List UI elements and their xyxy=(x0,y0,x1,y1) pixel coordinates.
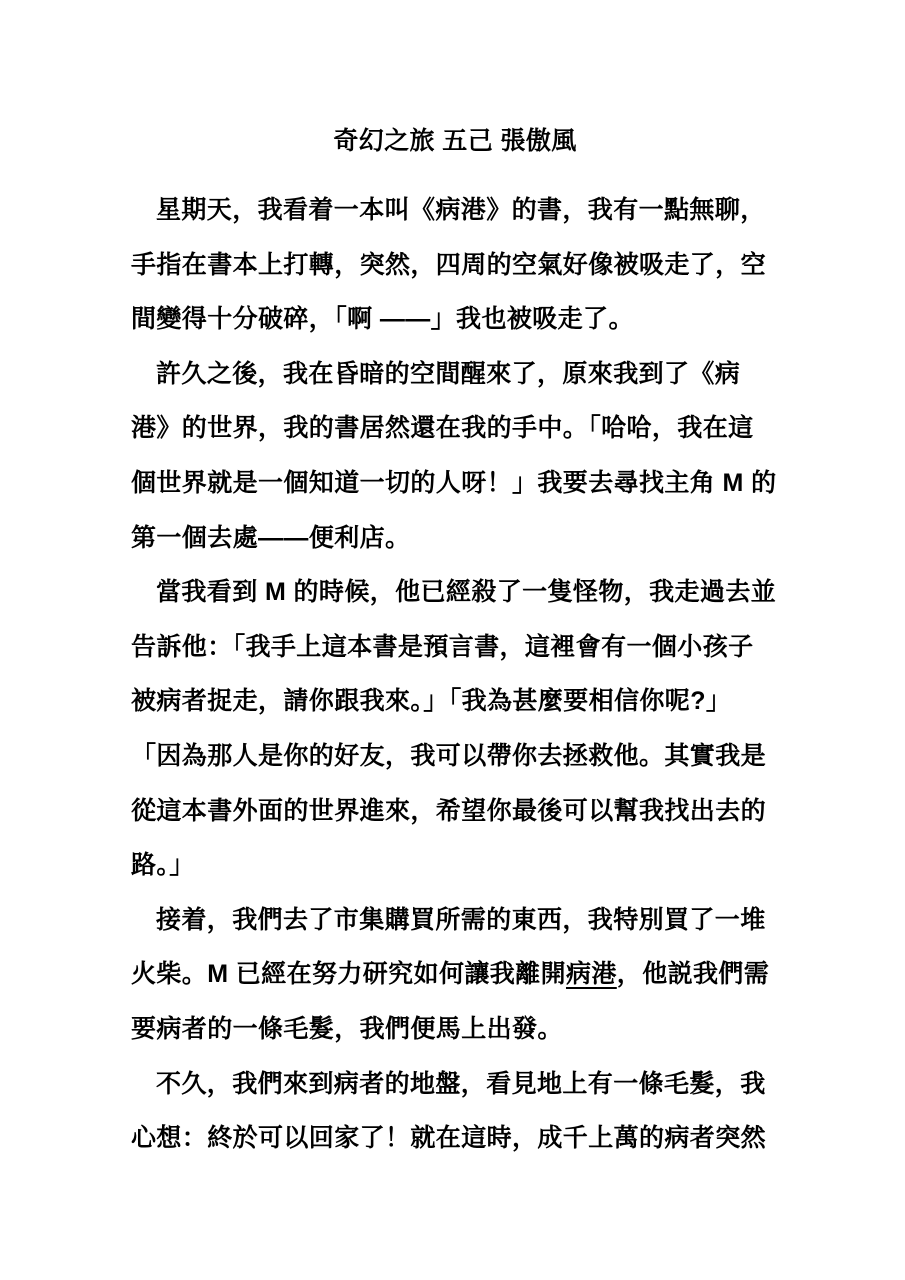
text-line: 個世界就是一個知道一切的人呀！」我要去尋找主角 M 的 xyxy=(131,456,779,511)
text-line: 心想：終於可以回家了！就在這時，成千上萬的病者突然 xyxy=(131,1111,779,1166)
text-line: 當我看到 M 的時候，他已經殺了一隻怪物，我走過去並 xyxy=(131,565,779,620)
text-line: 火柴。M 已經在努力研究如何讓我離開病港，他説我們需 xyxy=(131,947,779,1002)
paragraph-1: 星期天，我看着一本叫《病港》的書，我有一點無聊， 手指在書本上打轉，突然，四周的… xyxy=(131,183,779,347)
text-line: 接着，我們去了市集購買所需的東西，我特別買了一堆 xyxy=(131,893,779,948)
text-line: 從這本書外面的世界進來，希望你最後可以幫我找出去的 xyxy=(131,784,779,839)
paragraph-2: 許久之後，我在昏暗的空間醒來了，原來我到了《病 港》的世界，我的書居然還在我的手… xyxy=(131,347,779,565)
text-line: 告訴他：「我手上這本書是預言書，這裡會有一個小孩子 xyxy=(131,620,779,675)
text-segment: ，他説我們需 xyxy=(617,960,769,988)
text-line: 路。」 xyxy=(131,838,779,893)
text-line: 許久之後，我在昏暗的空間醒來了，原來我到了《病 xyxy=(131,347,779,402)
text-line: 不久，我們來到病者的地盤，看見地上有一條毛髮，我 xyxy=(131,1057,779,1112)
underlined-term: 病港 xyxy=(566,960,617,988)
text-line: 第一個去處——便利店。 xyxy=(131,511,779,566)
text-segment: 火柴。M 已經在努力研究如何讓我離開 xyxy=(131,960,566,988)
document-page: 奇幻之旅 五己 張傲風 星期天，我看着一本叫《病港》的書，我有一點無聊， 手指在… xyxy=(0,0,905,1280)
document-content: 奇幻之旅 五己 張傲風 星期天，我看着一本叫《病港》的書，我有一點無聊， 手指在… xyxy=(131,114,779,1166)
text-line: 要病者的一條毛髮，我們便馬上出發。 xyxy=(131,1002,779,1057)
text-line: 「因為那人是你的好友，我可以帶你去拯救他。其實我是 xyxy=(131,729,779,784)
text-line: 被病者捉走，請你跟我來。」「我為甚麼要相信你呢?」 xyxy=(131,674,779,729)
text-line: 星期天，我看着一本叫《病港》的書，我有一點無聊， xyxy=(131,183,779,238)
paragraph-5: 不久，我們來到病者的地盤，看見地上有一條毛髮，我 心想：終於可以回家了！就在這時… xyxy=(131,1057,779,1166)
text-line: 手指在書本上打轉，突然，四周的空氣好像被吸走了，空 xyxy=(131,238,779,293)
text-line: 間變得十分破碎，「啊 ——」我也被吸走了。 xyxy=(131,292,779,347)
paragraph-4: 接着，我們去了市集購買所需的東西，我特別買了一堆 火柴。M 已經在努力研究如何讓… xyxy=(131,893,779,1057)
document-title: 奇幻之旅 五己 張傲風 xyxy=(131,114,779,169)
paragraph-3: 當我看到 M 的時候，他已經殺了一隻怪物，我走過去並 告訴他：「我手上這本書是預… xyxy=(131,565,779,893)
text-line: 港》的世界，我的書居然還在我的手中。「哈哈，我在這 xyxy=(131,401,779,456)
